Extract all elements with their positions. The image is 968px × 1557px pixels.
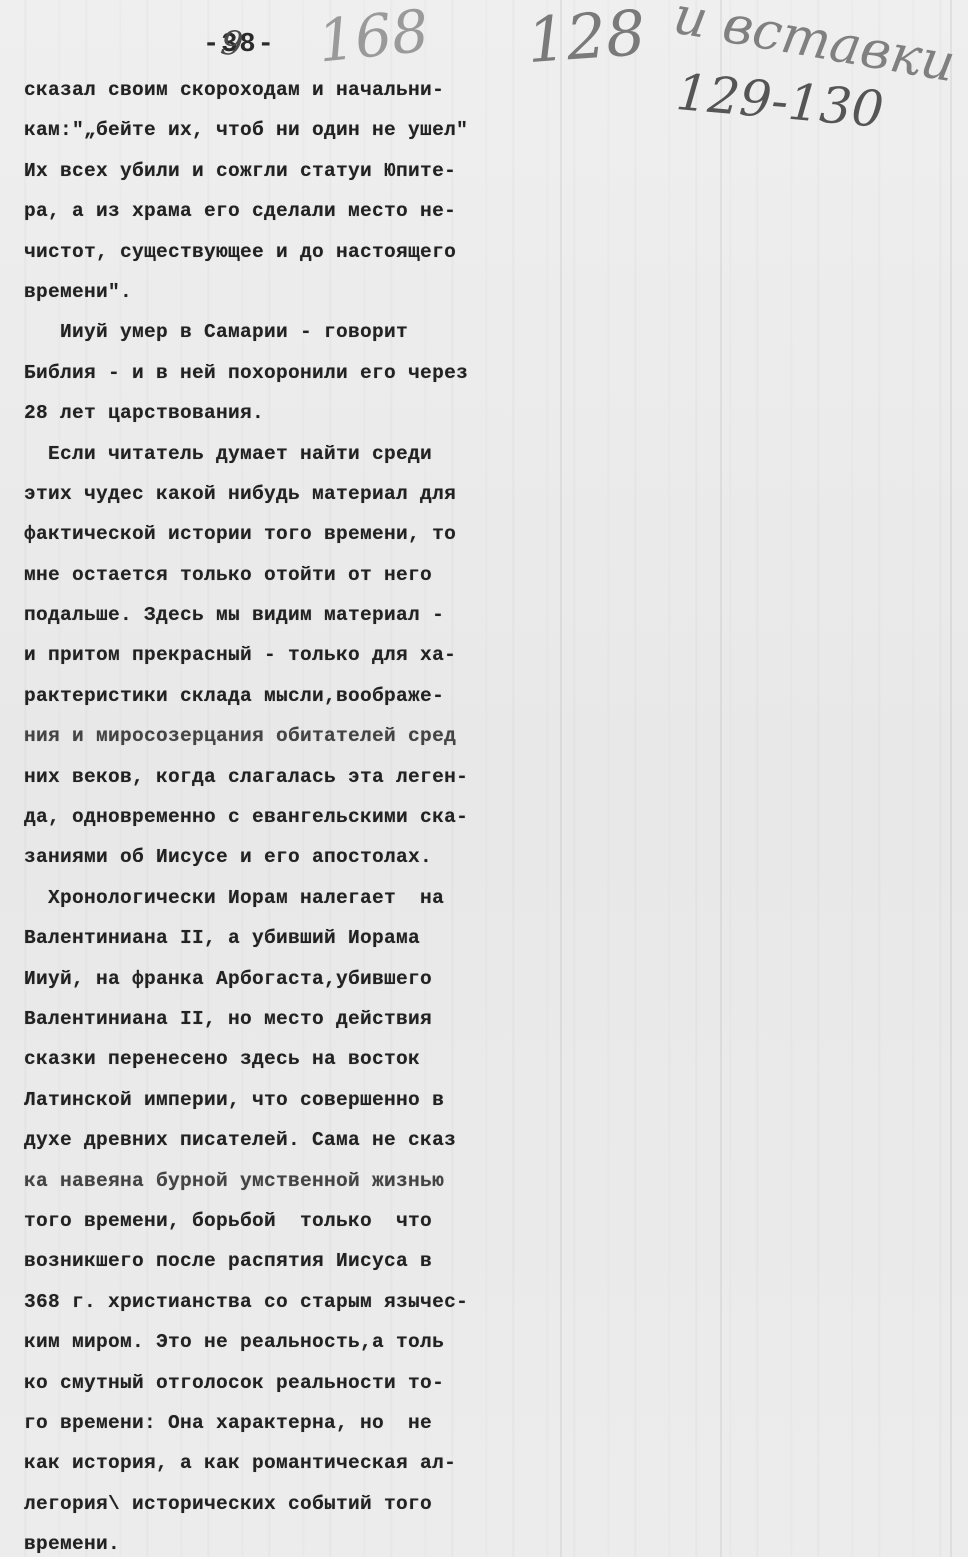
- text-line: подальше. Здесь мы видим материал -: [24, 595, 524, 635]
- text-line: Ииуй, на франка Арбогаста,убившего: [24, 959, 524, 999]
- text-line: ким миром. Это не реальность,а толь: [24, 1322, 524, 1362]
- page-number: -38- 9: [203, 30, 276, 60]
- text-line: кам:"„бейте их, чтоб ни один не ушел": [24, 110, 524, 150]
- text-line: го времени: Она характерна, но не: [24, 1403, 524, 1443]
- text-line: рактеристики склада мысли,воображе-: [24, 676, 524, 716]
- text-line: ра, а из храма его сделали место не-: [24, 191, 524, 231]
- text-line: да, одновременно с евангельскими ска-: [24, 797, 524, 837]
- text-line: фактической истории того времени, то: [24, 514, 524, 554]
- text-line: Валентиниана II, а убивший Иорама: [24, 918, 524, 958]
- text-line: сказал своим скороходам и начальни-: [24, 70, 524, 110]
- text-line: возникшего после распятия Иисуса в: [24, 1241, 524, 1281]
- text-line: 368 г. христианства со старым язычес-: [24, 1282, 524, 1322]
- typewritten-body: сказал своим скороходам и начальни- кам:…: [24, 70, 524, 1557]
- text-line: Хронологически Иорам налегает на: [24, 878, 524, 918]
- scan-streak: [720, 0, 722, 1557]
- text-line: этих чудес какой нибудь материал для: [24, 474, 524, 514]
- text-line: Ииуй умер в Самарии - говорит: [24, 312, 524, 352]
- text-line: времени.: [24, 1524, 524, 1557]
- text-line: сказки перенесено здесь на восток: [24, 1039, 524, 1079]
- text-line: духе древних писателей. Сама не сказ: [24, 1120, 524, 1160]
- text-line: них веков, когда слагалась эта леген-: [24, 757, 524, 797]
- scan-streak: [950, 0, 952, 1557]
- text-line: как история, а как романтическая ал-: [24, 1443, 524, 1483]
- text-line: и притом прекрасный - только для ха-: [24, 635, 524, 675]
- text-line: мне остается только отойти от него: [24, 555, 524, 595]
- scan-streak: [560, 0, 562, 1557]
- text-line: легория\ исторических событий того: [24, 1484, 524, 1524]
- text-line: ко смутный отголосок реальности то-: [24, 1363, 524, 1403]
- text-line: времени".: [24, 272, 524, 312]
- text-line: Библия - и в ней похоронили его через: [24, 353, 524, 393]
- text-line: Латинской империи, что совершенно в: [24, 1080, 524, 1120]
- text-line: заниями об Иисусе и его апостолах.: [24, 837, 524, 877]
- text-line: Если читатель думает найти среди: [24, 434, 524, 474]
- text-line: ка навеяна бурной умственной жизнью: [24, 1161, 524, 1201]
- text-line: 28 лет царствования.: [24, 393, 524, 433]
- text-line: Валентиниана II, но место действия: [24, 999, 524, 1039]
- handwritten-number-128: 128: [525, 0, 648, 77]
- text-line: ния и миросозерцания обитателей сред: [24, 716, 524, 756]
- text-line: того времени, борьбой только что: [24, 1201, 524, 1241]
- text-line: чистот, существующее и до настоящего: [24, 232, 524, 272]
- handwritten-number-168: 168: [315, 0, 432, 76]
- text-line: Их всех убили и сожгли статуи Юпите-: [24, 151, 524, 191]
